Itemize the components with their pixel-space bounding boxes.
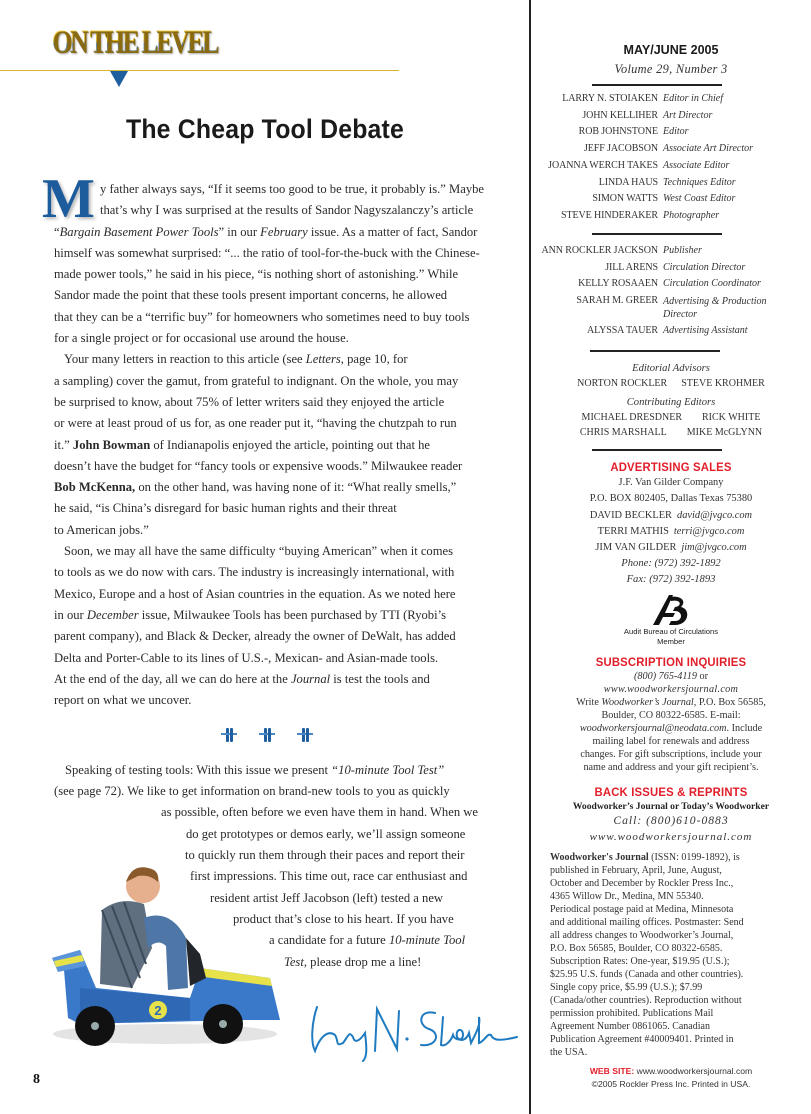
staff-role: Techniques Editor <box>663 175 736 192</box>
staff-row: STEVE HINDERAKERPhotographer <box>531 208 811 225</box>
feature-reference: Test <box>284 955 304 969</box>
staff-role: Art Director <box>663 108 712 125</box>
back-issues-phone: Call: (800)610-0883 <box>531 813 811 829</box>
staff-role: Editor <box>663 124 689 141</box>
clamp-ornament-icon <box>221 728 237 742</box>
subscription-inquiries: SUBSCRIPTION INQUIRIES (800) 765-4119 or… <box>531 654 811 774</box>
text-line: or were at least proud of us for, as one… <box>54 413 498 434</box>
staff-row: JILL ARENSCirculation Director <box>531 260 811 277</box>
editorial-advisors: Editorial Advisors NORTON ROCKLER STEVE … <box>531 361 811 391</box>
staff-name: JOHN KELLIHER <box>531 108 663 125</box>
staff-name: JOANNA WERCH TAKES <box>531 158 663 175</box>
staff-role: Circulation Coordinator <box>663 276 761 293</box>
advisor-name: NORTON ROCKLER <box>577 376 667 391</box>
contributors-row: CHRIS MARSHALL MIKE McGLYNN <box>531 425 811 440</box>
signature <box>305 995 520 1065</box>
text-line: a sampling) cover the gamut, from gratef… <box>54 371 498 392</box>
staff-row: ALYSSA TAUERAdvertising Assistant <box>531 323 811 340</box>
advertising-heading: ADVERTISING SALES <box>542 459 800 475</box>
contributor-name: RICK WHITE <box>702 410 760 425</box>
staff-row: SARAH M. GREERAdvertising & Production D… <box>531 293 811 323</box>
divider-rule <box>592 84 722 86</box>
staff-role: Advertising & Production Director <box>663 293 783 323</box>
journal-reference: Journal <box>291 672 330 686</box>
text-line: to tools as we do now with cars. The ind… <box>54 562 498 583</box>
advisors-heading: Editorial Advisors <box>531 361 811 376</box>
publication-name: Woodworker's Journal <box>550 852 649 863</box>
issue-date: MAY/JUNE 2005 <box>538 42 804 57</box>
ad-contact: TERRI MATHISterri@jvgco.com <box>531 524 811 540</box>
text-span: , page 10, for <box>341 352 408 366</box>
copyright: ©2005 Rockler Press Inc. Printed in USA. <box>531 1078 811 1091</box>
text-line: Bob McKenna, on the other hand, was havi… <box>54 477 498 498</box>
staff-row: SIMON WATTSWest Coast Editor <box>531 191 811 208</box>
staff-row: JOANNA WERCH TAKESAssociate Editor <box>531 158 811 175</box>
abc-label: Audit Bureau of Circulations <box>531 627 811 637</box>
text-line: to American jobs.” <box>54 520 498 541</box>
text-line: as possible, often before we even have t… <box>161 802 478 823</box>
issue-reference: February <box>260 225 308 239</box>
contributors-heading: Contributing Editors <box>531 395 811 410</box>
staff-name: LINDA HAUS <box>531 175 663 192</box>
text-line: made power tools,” he said in his piece,… <box>54 264 498 285</box>
text-line: Soon, we may all have the same difficult… <box>54 541 498 562</box>
staff-role: Associate Editor <box>663 158 729 175</box>
contributor-name: MICHAEL DRESDNER <box>582 410 682 425</box>
clamp-ornament-icon <box>259 728 275 742</box>
clamp-ornament-icon <box>297 728 313 742</box>
section-break-ornaments <box>221 728 313 742</box>
staff-name: ROB JOHNSTONE <box>531 124 663 141</box>
advisors-names: NORTON ROCKLER STEVE KROHMER <box>531 376 811 391</box>
text-line: Delta and Porter-Cable to its lines of U… <box>54 648 498 669</box>
staff-name: JILL ARENS <box>531 260 663 277</box>
back-issues-web-link[interactable]: www.woodworkersjournal.com <box>531 829 811 845</box>
footer: WEB SITE: www.woodworkersjournal.com ©20… <box>531 1065 811 1091</box>
staff-name: ALYSSA TAUER <box>531 323 663 340</box>
ad-contact: DAVID BECKLERdavid@jvgco.com <box>531 508 811 524</box>
issue-volume: Volume 29, Number 3 <box>531 62 811 77</box>
ad-address: P.O. BOX 802405, Dallas Texas 75380 <box>531 491 811 507</box>
issue-reference: December <box>87 608 139 622</box>
text-line: Boulder, CO 80322-6585. E-mail: <box>531 709 811 722</box>
race-car-photo: 2 <box>40 838 280 1048</box>
text-span: Write <box>576 697 601 708</box>
divider-rule <box>592 449 722 451</box>
staff-row: JOHN KELLIHERArt Director <box>531 108 811 125</box>
abc-member-label: Member <box>531 637 811 647</box>
article-body: M y father always says, “If it seems too… <box>54 179 498 711</box>
publication-text: (ISSN: 0199-1892), is published in Febru… <box>550 852 744 1058</box>
editorial-staff-list: LARRY N. STOIAKENEditor in Chief JOHN KE… <box>531 91 811 225</box>
ad-fax: Fax: (972) 392-1893 <box>531 572 811 588</box>
back-issues: BACK ISSUES & REPRINTS Woodworker’s Jour… <box>531 784 811 845</box>
back-issues-heading: BACK ISSUES & REPRINTS <box>542 784 800 800</box>
text-line: that they can be a “terrific buy” for ho… <box>54 307 498 328</box>
text-span: in our <box>54 608 87 622</box>
text-span: Your many letters in reaction to this ar… <box>64 352 306 366</box>
text-span: . Include <box>726 723 762 734</box>
text-span: , P.O. Box 56585, <box>694 697 766 708</box>
text-line: Speaking of testing tools: With this iss… <box>65 760 444 781</box>
text-line: Your many letters in reaction to this ar… <box>54 349 498 370</box>
staff-row: JEFF JACOBSONAssociate Art Director <box>531 141 811 158</box>
text-span: At the end of the day, all we can do her… <box>54 672 291 686</box>
staff-row: LARRY N. STOIAKENEditor in Chief <box>531 91 811 108</box>
contact-email-link[interactable]: terri@jvgco.com <box>674 524 744 540</box>
section-logo: ON THE LEVEL <box>52 24 217 61</box>
contact-name: JIM VAN GILDER <box>595 540 681 556</box>
text-line: doesn’t have the budget for “fancy tools… <box>54 456 498 477</box>
ad-company: J.F. Van Gilder Company <box>531 475 811 491</box>
staff-name: SARAH M. GREER <box>531 293 663 323</box>
contributing-editors: Contributing Editors MICHAEL DRESDNER RI… <box>531 395 811 440</box>
text-line: for a single project or for occasional u… <box>54 328 498 349</box>
reader-name: Bob McKenna, <box>54 480 135 494</box>
text-line: y father always says, “If it seems too g… <box>54 179 498 200</box>
text-span: or <box>697 671 708 682</box>
header-rule <box>0 70 399 71</box>
text-line: Mexico, Europe and a host of Asian count… <box>54 584 498 605</box>
journal-name: Woodworker’s Journal <box>601 697 693 708</box>
text-line: himself was somewhat surprised: “... the… <box>54 243 498 264</box>
contributor-name: MIKE McGLYNN <box>687 425 762 440</box>
text-line: (see page 72). We like to get informatio… <box>54 781 450 802</box>
text-line: in our December issue, Milwaukee Tools h… <box>54 605 498 626</box>
divider-rule <box>590 350 720 352</box>
text-span: on the other hand, was having none of it… <box>135 480 456 494</box>
paragraph-3: Soon, we may all have the same difficult… <box>54 541 498 711</box>
text-span: Speaking of testing tools: With this iss… <box>65 763 331 777</box>
text-line: At the end of the day, all we can do her… <box>54 669 498 690</box>
text-line: parent company), and Black & Decker, alr… <box>54 626 498 647</box>
text-line: that’s why I was surprised at the result… <box>54 200 498 221</box>
staff-role: Publisher <box>663 243 702 260</box>
text-span: is test the tools and <box>330 672 430 686</box>
contact-name: TERRI MATHIS <box>598 524 674 540</box>
text-span: ” in our <box>219 225 261 239</box>
reader-name: John Bowman <box>73 438 150 452</box>
contributors-row: MICHAEL DRESDNER RICK WHITE <box>531 410 811 425</box>
advisor-name: STEVE KROHMER <box>681 376 765 391</box>
staff-row: ROB JOHNSTONEEditor <box>531 124 811 141</box>
abc-logo-icon <box>651 593 691 627</box>
article-title: The Cheap Tool Debate <box>21 114 509 145</box>
text-span: issue. As a matter of fact, Sandor <box>308 225 478 239</box>
divider-rule <box>592 233 722 235</box>
text-span: a candidate for a future <box>269 933 389 947</box>
text-line: a candidate for a future 10-minute Tool <box>269 930 465 951</box>
website-label: WEB SITE: <box>590 1066 634 1076</box>
subscription-heading: SUBSCRIPTION INQUIRIES <box>542 654 800 670</box>
staff-role: Editor in Chief <box>663 91 723 108</box>
staff-role: West Coast Editor <box>663 191 735 208</box>
triangle-marker-icon <box>110 71 128 87</box>
business-staff-list: ANN ROCKLER JACKSONPublisher JILL ARENSC… <box>531 243 811 340</box>
staff-name: ANN ROCKLER JACKSON <box>531 243 663 260</box>
text-span: it.” <box>54 438 73 452</box>
paragraph-2: Your many letters in reaction to this ar… <box>54 349 498 541</box>
advertising-sales: ADVERTISING SALES J.F. Van Gilder Compan… <box>531 459 811 647</box>
staff-role: Circulation Director <box>663 260 745 277</box>
text-line: changes. For gift subscriptions, include… <box>531 748 811 761</box>
subscription-web-link[interactable]: www.woodworkersjournal.com <box>531 683 811 696</box>
text-line: mailing label for renewals and address <box>531 735 811 748</box>
text-line: “Bargain Basement Power Tools” in our Fe… <box>54 222 498 243</box>
page-number: 8 <box>33 1072 40 1088</box>
staff-name: KELLY ROSAAEN <box>531 276 663 293</box>
subscription-phone: (800) 765-4119 <box>634 671 697 682</box>
text-span: of Indianapolis enjoyed the article, poi… <box>150 438 430 452</box>
contributor-name: CHRIS MARSHALL <box>580 425 667 440</box>
paragraph-1: y father always says, “If it seems too g… <box>54 179 498 349</box>
back-issues-publications: Woodworker’s Journal or Today’s Woodwork… <box>531 800 811 813</box>
text-line: Sandor made the point that these tools p… <box>54 285 498 306</box>
section-reference: Letters <box>306 352 341 366</box>
contact-email-link[interactable]: david@jvgco.com <box>677 508 752 524</box>
text-line: it.” John Bowman of Indianapolis enjoyed… <box>54 435 498 456</box>
feature-reference: 10-minute Tool <box>389 933 465 947</box>
publication-info: Woodworker's Journal (ISSN: 0199-1892), … <box>550 851 746 1059</box>
staff-role: Photographer <box>663 208 719 225</box>
text-line: name and address and your gift recipient… <box>531 761 811 774</box>
staff-row: LINDA HAUSTechniques Editor <box>531 175 811 192</box>
contact-name: DAVID BECKLER <box>590 508 677 524</box>
drop-cap: M <box>42 171 95 227</box>
text-line: he said, “is China’s disregard for basic… <box>54 498 498 519</box>
text-line: report on what we uncover. <box>54 690 498 711</box>
text-span: , please drop me a line! <box>304 955 422 969</box>
text-span: issue, Milwaukee Tools has been purchase… <box>139 608 446 622</box>
ad-contact: JIM VAN GILDERjim@jvgco.com <box>531 540 811 556</box>
car-number: 2 <box>154 1003 161 1018</box>
staff-name: LARRY N. STOIAKEN <box>531 91 663 108</box>
staff-name: SIMON WATTS <box>531 191 663 208</box>
website-link[interactable]: www.woodworkersjournal.com <box>634 1066 752 1076</box>
staff-name: STEVE HINDERAKER <box>531 208 663 225</box>
feature-reference: “10-minute Tool Test” <box>331 763 444 777</box>
ad-phone: Phone: (972) 392-1892 <box>531 556 811 572</box>
text-span: that’s why I was surprised at the result… <box>100 203 473 217</box>
text-line: Test, please drop me a line! <box>284 952 421 973</box>
staff-name: JEFF JACOBSON <box>531 141 663 158</box>
subscription-email-link[interactable]: woodworkersjournal@neodata.com <box>580 723 727 734</box>
staff-row: ANN ROCKLER JACKSONPublisher <box>531 243 811 260</box>
contact-email-link[interactable]: jim@jvgco.com <box>681 540 746 556</box>
staff-row: KELLY ROSAAENCirculation Coordinator <box>531 276 811 293</box>
staff-role: Advertising Assistant <box>663 323 748 340</box>
text-line: be surprised to know, about 75% of lette… <box>54 392 498 413</box>
staff-role: Associate Art Director <box>663 141 753 158</box>
